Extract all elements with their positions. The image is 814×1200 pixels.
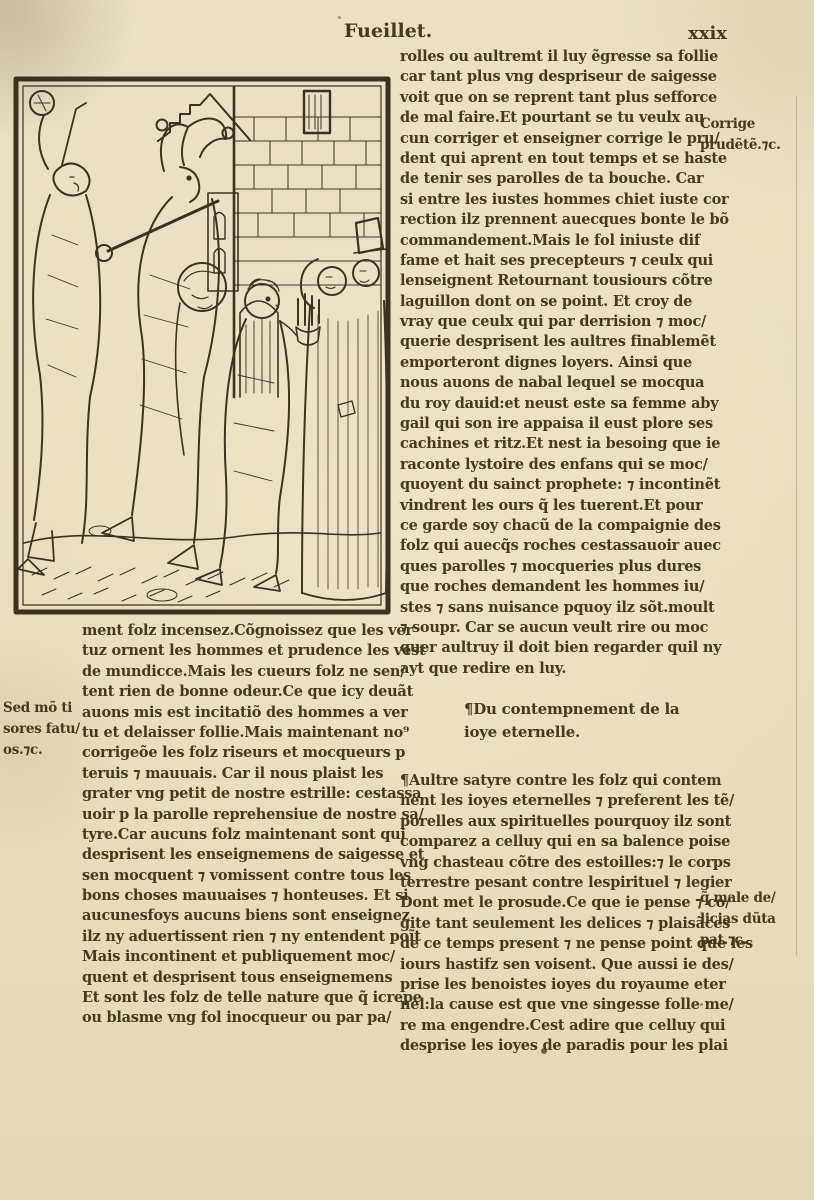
body-text-line: iours hastifz sen voisent. Que aussi ie … xyxy=(400,955,700,975)
body-text-line: tent rien de bonne odeur.Ce que icy deuã… xyxy=(82,682,422,702)
page-edge-line xyxy=(796,96,797,956)
heading-line: ¶Du contempnement de la xyxy=(464,698,704,721)
body-text-line: dent qui aprent en tout temps et se hast… xyxy=(400,149,700,169)
body-text-line: re ma engendre.Cest adire que celluy qui xyxy=(400,1016,700,1036)
body-text-line: terrestre pesant contre lespirituel ⁊ le… xyxy=(400,873,700,893)
body-text-line: corrigeõe les folz riseurs et mocqueurs … xyxy=(82,743,422,763)
body-text-line: nel:la cause est que vne singesse folle … xyxy=(400,995,700,1015)
body-text-line: emporteront dignes loyers. Ainsi que xyxy=(400,353,700,373)
body-text-line: sen mocquent ⁊ vomissent contre tous les xyxy=(82,866,422,886)
body-text-line: ce garde soy chacũ de la compaignie des xyxy=(400,516,700,536)
ink-speck xyxy=(541,1048,547,1054)
body-text-line: de mal faire.Et pourtant se tu veulx au xyxy=(400,108,700,128)
body-text-line: raconte lystoire des enfans qui se moc/ xyxy=(400,455,700,475)
woodcut-ground xyxy=(24,526,380,602)
body-text-line: tyre.Car aucuns folz maintenant sont qui xyxy=(82,825,422,845)
body-text-line: stes ⁊ sans nuisance pquoy ilz sõt.moult xyxy=(400,598,700,618)
body-text-line: tu et delaisser follie.Mais maintenant n… xyxy=(82,723,422,743)
body-text-line: ¶Aultre satyre contre les folz qui conte… xyxy=(400,771,700,791)
woodcut-architecture xyxy=(158,87,381,397)
body-text-line: lenseignent Retournant tousiours cõtre xyxy=(400,271,700,291)
body-text-line: querie desprisent les aultres finablemẽt xyxy=(400,332,700,352)
body-text-line: nous auons de nabal lequel se mocqua xyxy=(400,373,700,393)
margin-note-line: Sed mõ ti xyxy=(3,698,81,719)
body-text-line: voit que on se reprent tant plus sefforc… xyxy=(400,88,700,108)
body-text-line: Dont met le prosude.Ce que ie pense ⁊ co… xyxy=(400,893,700,913)
body-text-line: quoyent du sainct prophete: ⁊ incontinẽt xyxy=(400,475,700,495)
body-text-line: ayt que redire en luy. xyxy=(400,659,700,679)
running-title: Fueillet. xyxy=(344,20,432,42)
woodcut-fool-left xyxy=(18,91,100,575)
body-text-line: nent les ioyes eternelles ⁊ preferent le… xyxy=(400,791,700,811)
section-heading: ¶Du contempnement de laioye eternelle. xyxy=(464,698,704,743)
body-text-line: laguillon dont on se point. Et croy de xyxy=(400,292,700,312)
body-text-line: ⁊ soupr. Car se aucun veult rire ou moc xyxy=(400,618,700,638)
body-text-line: cun corriger et enseigner corrige le pru… xyxy=(400,129,700,149)
body-text-line: teruis ⁊ mauuais. Car il nous plaist les xyxy=(82,764,422,784)
body-text-line: de ce temps present ⁊ ne pense point que… xyxy=(400,934,700,954)
body-text-line: Et sont les folz de telle nature que q̃ … xyxy=(82,988,422,1008)
body-text-line: vng chasteau cõtre des estoilles:⁊ le co… xyxy=(400,853,700,873)
folio-number: xxix xyxy=(688,23,727,44)
body-text-line: fame et hait ses precepteurs ⁊ ceulx qui xyxy=(400,251,700,271)
ink-speck xyxy=(700,1003,703,1006)
body-text-line: si entre les iustes hommes chiet iuste c… xyxy=(400,190,700,210)
body-text-line: ou blasme vng fol inocqueur ou par pa/ xyxy=(82,1008,422,1028)
body-text-line: comparez a celluy qui en sa balence pois… xyxy=(400,832,700,852)
body-text-line: commandement.Mais le fol iniuste dif xyxy=(400,231,700,251)
body-text-line: que roches demandent les hommes iu/ xyxy=(400,577,700,597)
body-text-line: bons choses mauuaises ⁊ honteuses. Et si xyxy=(82,886,422,906)
margin-note-left: Sed mõ tisores fatu/os.⁊c. xyxy=(3,698,81,761)
body-text-line: gail qui son ire appaisa il eust plore s… xyxy=(400,414,700,434)
body-text-line: vray que ceulx qui par derrision ⁊ moc/ xyxy=(400,312,700,332)
body-text-line: quer aultruy il doit bien regarder quil … xyxy=(400,638,700,658)
body-text-line: rolles ou aultremt il luy ẽgresse sa fol… xyxy=(400,47,700,67)
body-text-line: ques parolles ⁊ mocqueries plus dures xyxy=(400,557,700,577)
woodcut-frame xyxy=(16,79,388,612)
body-text-line: du roy dauid:et neust este sa femme aby xyxy=(400,394,700,414)
body-text-line: porelles aux spirituelles pourquoy ilz s… xyxy=(400,812,700,832)
woodcut-scholars-right xyxy=(301,218,387,600)
body-text-line: car tant plus vng despriseur de saigesse xyxy=(400,67,700,87)
woodcut-svg xyxy=(12,75,392,616)
margin-note-line: sores fatu/ xyxy=(3,719,81,740)
body-text-line: gite tant seulement les delices ⁊ plaisã… xyxy=(400,914,700,934)
right-column-paragraph-2: ¶Aultre satyre contre les folz qui conte… xyxy=(400,771,700,1056)
body-text-line: quent et desprisent tous enseignemens xyxy=(82,968,422,988)
body-text-line: rection ilz prennent auecques bonte le b… xyxy=(400,210,700,230)
body-text-line: ilz ny aduertissent rien ⁊ ny entendent … xyxy=(82,927,422,947)
body-text-line: cachines et ritz.Et nest ia besoing que … xyxy=(400,434,700,454)
body-text-line: de mundicce.Mais les cueurs folz ne sen/ xyxy=(82,662,422,682)
woodcut-illustration xyxy=(12,75,392,616)
body-text-line: ment folz incensez.Cõgnoissez que les ve… xyxy=(82,621,422,641)
body-text-line: Mais incontinent et publiquement moc/ xyxy=(82,947,422,967)
body-text-line: tuz ornent les hommes et prudence les ve… xyxy=(82,641,422,661)
body-text-line: aucunesfoys aucuns biens sont enseignez xyxy=(82,906,422,926)
body-text-line: vindrent les ours q̃ les tuerent.Et pour xyxy=(400,496,700,516)
left-column-text: ment folz incensez.Cõgnoissez que les ve… xyxy=(82,621,422,1029)
body-text-line: auons mis est incitatiõ des hommes a ver xyxy=(82,703,422,723)
woodcut-fool-center xyxy=(96,118,234,569)
right-column-paragraph-1: rolles ou aultremt il luy ẽgresse sa fol… xyxy=(400,47,700,679)
book-page-scan: Fueillet. xxix xyxy=(0,0,814,1200)
body-text-line: prise les benoistes ioyes du royaume ete… xyxy=(400,975,700,995)
body-text-line: grater vng petit de nostre estrille: ces… xyxy=(82,784,422,804)
ink-speck xyxy=(338,16,341,19)
body-text-line: desprise les ioyes de paradis pour les p… xyxy=(400,1036,700,1056)
body-text-line: de tenir ses parolles de ta bouche. Car xyxy=(400,169,700,189)
body-text-line: folz qui auecq̃s roches cestassauoir aue… xyxy=(400,536,700,556)
margin-note-line: os.⁊c. xyxy=(3,740,81,761)
body-text-line: desprisent les enseignemens de saigesse … xyxy=(82,845,422,865)
heading-line: ioye eternelle. xyxy=(464,721,704,744)
body-text-line: uoir p la parolle reprehensiue de nostre… xyxy=(82,805,422,825)
